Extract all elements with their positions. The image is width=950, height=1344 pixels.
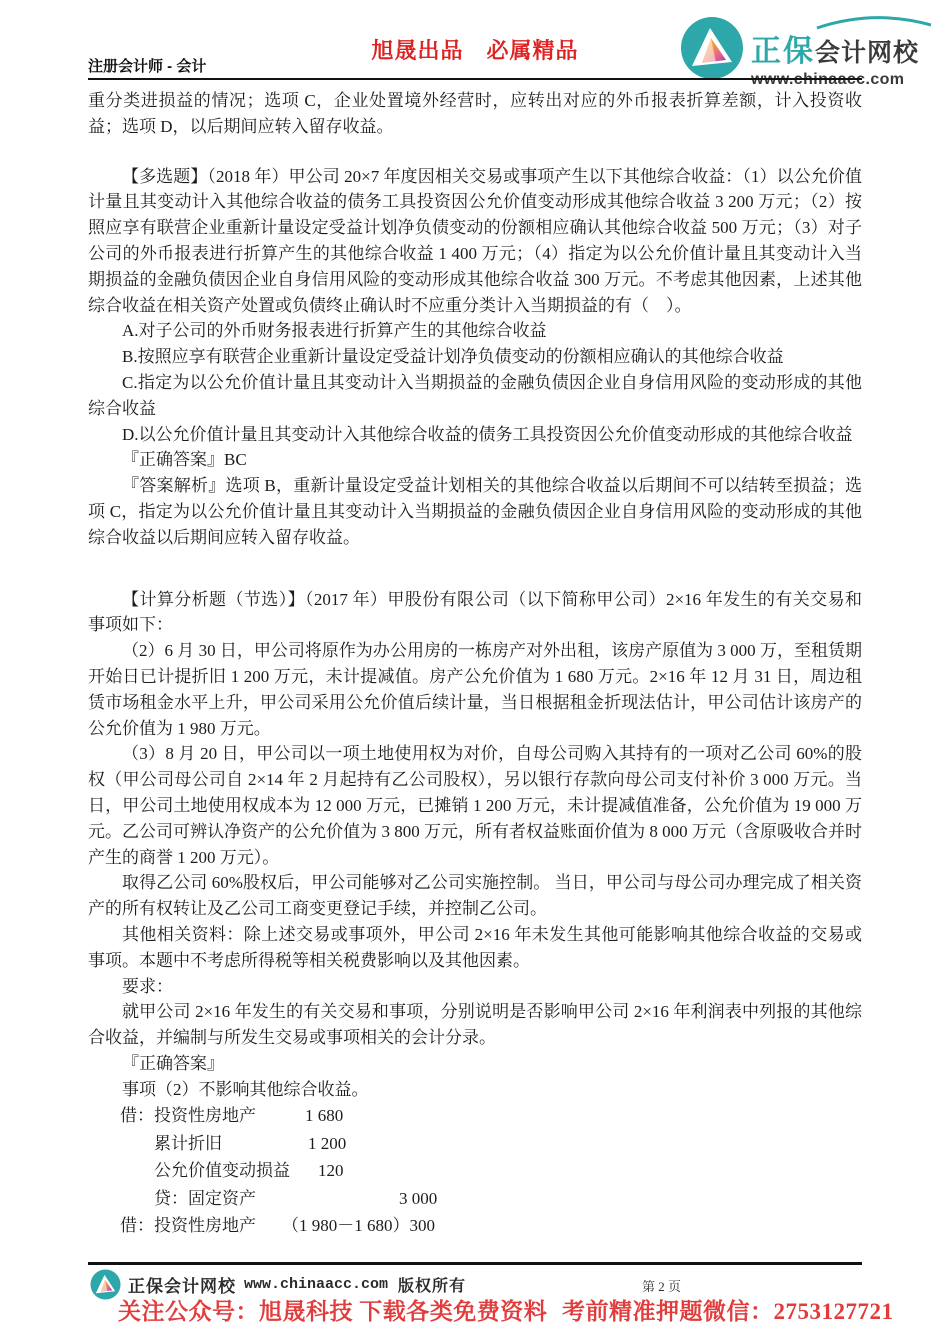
journal-amount: 1 200 [308,1130,346,1157]
calc-answer-label: 『正确答案』 [88,1051,862,1077]
footer-brand-url: www.chinaacc.com [244,1276,388,1293]
journal-account: 贷：固定资产 [154,1185,399,1212]
logo-swoosh-icon [815,16,933,30]
calc-requirement: 就甲公司 2×16 年发生的有关交易和事项，分别说明是否影响甲公司 2×16 年… [88,999,862,1051]
calc-require-label: 要求： [88,974,862,1000]
journal-amount: 120 [318,1157,344,1184]
journal-amount: 3 000 [399,1185,437,1212]
calc-item3: （3）8 月 20 日，甲公司以一项土地使用权为对价，自母公司购入其持有的一项对… [88,741,862,870]
journal-entry-row: 借：投资性房地产 1 680 [88,1102,862,1129]
calc-event2-note: 事项（2）不影响其他综合收益。 [88,1077,862,1103]
footer-stamp-right: 考前精准押题微信：2753127721 [562,1293,894,1326]
calc-control-note: 取得乙公司 60%股权后，甲公司能够对乙公司实施控制。 当日，甲公司与母公司办理… [88,870,862,922]
document-title: 注册会计师 - 会计 [88,55,206,76]
journal-entry-row: 公允价值变动损益 120 [88,1157,862,1184]
document-content: 重分类进损益的情况；选项 C，企业处置境外经营时，应转出对应的外币报表折算差额，… [88,88,862,1240]
calc-stem: 【计算分析题（节选）】（2017 年）甲股份有限公司（以下简称甲公司）2×16 … [88,587,862,639]
journal-entry-row: 累计折旧 1 200 [88,1130,862,1157]
journal-entry-row: 贷：固定资产 3 000 [88,1185,862,1212]
chinaacc-logo-icon [680,16,744,80]
mcq-option-d: D.以公允价值计量且其变动计入其他综合收益的债务工具投资因公允价值变动形成的其他… [88,422,862,448]
mcq-answer: 『正确答案』BC [88,447,862,473]
calc-other-info: 其他相关资料：除上述交易或事项外，甲公司 2×16 年未发生其他可能影响其他综合… [88,922,862,974]
document-page: 旭晟出品 必属精品 正保 会计网校 [0,0,950,1344]
footer-rule [88,1262,862,1265]
header-rule [88,78,862,80]
calc-item2: （2）6 月 30 日，甲公司将原作为办公用房的一栋房产对外出租，该房产原值为 … [88,638,862,741]
mcq-option-c: C.指定为以公允价值计量且其变动计入当期损益的金融负债因企业自身信用风险的变动形… [88,370,862,422]
logo-url: www.chinaacc.com [751,71,919,89]
mcq-analysis: 『答案解析』选项 B，重新计量设定受益计划相关的其他综合收益以后期间不可以结转至… [88,473,862,550]
journal-account: 累计折旧 [154,1130,308,1157]
journal-amount: 1 680 [305,1102,343,1129]
journal-account: 公允价值变动损益 [154,1157,318,1184]
carry-over-paragraph: 重分类进损益的情况；选项 C，企业处置境外经营时，应转出对应的外币报表折算差额，… [88,88,862,140]
logo-brand-part1: 正保 [751,26,815,70]
journal-entries: 借：投资性房地产 1 680 累计折旧 1 200 公允价值变动损益 120 贷… [88,1102,862,1239]
mcq-option-a: A.对子公司的外币财务报表进行折算产生的其他综合收益 [88,318,862,344]
journal-account: 借：投资性房地产 [120,1212,282,1239]
journal-entry-row: 借：投资性房地产 （1 980－1 680）300 [88,1212,862,1239]
journal-account: 借：投资性房地产 [120,1102,305,1129]
chinaacc-footer-logo-icon [90,1269,121,1300]
mcq-stem: 【多选题】（2018 年）甲公司 20×7 年度因相关交易或事项产生以下其他综合… [88,164,862,319]
mcq-option-b: B.按照应享有联营企业重新计量设定受益计划净负债变动的份额相应确认的其他综合收益 [88,344,862,370]
footer-stamp-left: 关注公众号：旭晟科技 下载各类免费资料 [118,1293,547,1326]
logo-brand-part2: 会计网校 [815,33,919,69]
journal-amount: （1 980－1 680）300 [282,1212,435,1239]
